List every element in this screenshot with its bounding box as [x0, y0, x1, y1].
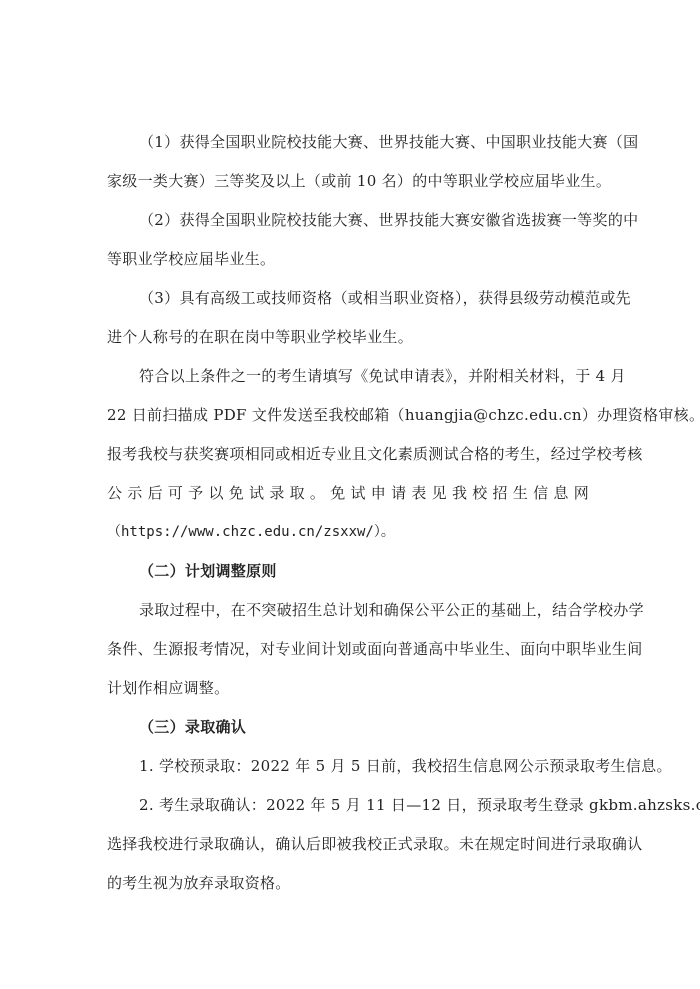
heading-admission-confirm: （三）录取确认 [139, 718, 246, 736]
confirm-item-2-line-1: 2. 考生录取确认：2022 年 5 月 11 日—12 日，预录取考生登录 g… [139, 796, 700, 814]
confirm-item-1: 1. 学校预录取：2022 年 5 月 5 日前，我校招生信息网公示预录取考生信… [139, 757, 672, 775]
criterion-3-line-2: 进个人称号的在职在岗中等职业学校毕业生。 [107, 328, 413, 346]
exemption-para-line-4: 公示后可予以免试录取。免试申请表见我校招生信息网 [107, 484, 589, 502]
criterion-2-line-2: 等职业学校应届毕业生。 [107, 250, 275, 268]
plan-para-line-3: 计划作相应调整。 [107, 679, 229, 697]
admissions-url-link: （https://www.chzc.edu.cn/zsxxw/）。 [107, 523, 395, 541]
criterion-2-line-1: （2）获得全国职业院校技能大赛、世界技能大赛安徽省选拔赛一等奖的中 [139, 211, 638, 229]
confirm-item-2-line-3: 的考生视为放弃录取资格。 [107, 874, 291, 892]
confirm-item-2-line-2: 选择我校进行录取确认，确认后即被我校正式录取。未在规定时间进行录取确认 [107, 835, 643, 853]
exemption-para-line-1: 符合以上条件之一的考生请填写《免试申请表》，并附相关材料，于 4 月 [139, 367, 626, 385]
criterion-1-line-1: （1）获得全国职业院校技能大赛、世界技能大赛、中国职业技能大赛（国 [139, 133, 638, 151]
criterion-1-line-2: 家级一类大赛）三等奖及以上（或前 10 名）的中等职业学校应届毕业生。 [107, 172, 611, 190]
plan-para-line-1: 录取过程中，在不突破招生总计划和确保公平公正的基础上，结合学校办学 [139, 601, 644, 619]
document-page: （1）获得全国职业院校技能大赛、世界技能大赛、中国职业技能大赛（国 家级一类大赛… [0, 0, 700, 989]
plan-para-line-2: 条件、生源报考情况，对专业间计划或面向普通高中毕业生、面向中职毕业生间 [107, 640, 643, 658]
exemption-para-line-3: 报考我校与获奖赛项相同或相近专业且文化素质测试合格的考生，经过学校考核 [107, 445, 643, 463]
exemption-para-line-2: 22 日前扫描成 PDF 文件发送至我校邮箱（huangjia@chzc.edu… [107, 406, 700, 424]
criterion-3-line-1: （3）具有高级工或技师资格（或相当职业资格），获得县级劳动模范或先 [139, 289, 631, 307]
heading-plan-adjustment: （二）计划调整原则 [139, 562, 277, 580]
